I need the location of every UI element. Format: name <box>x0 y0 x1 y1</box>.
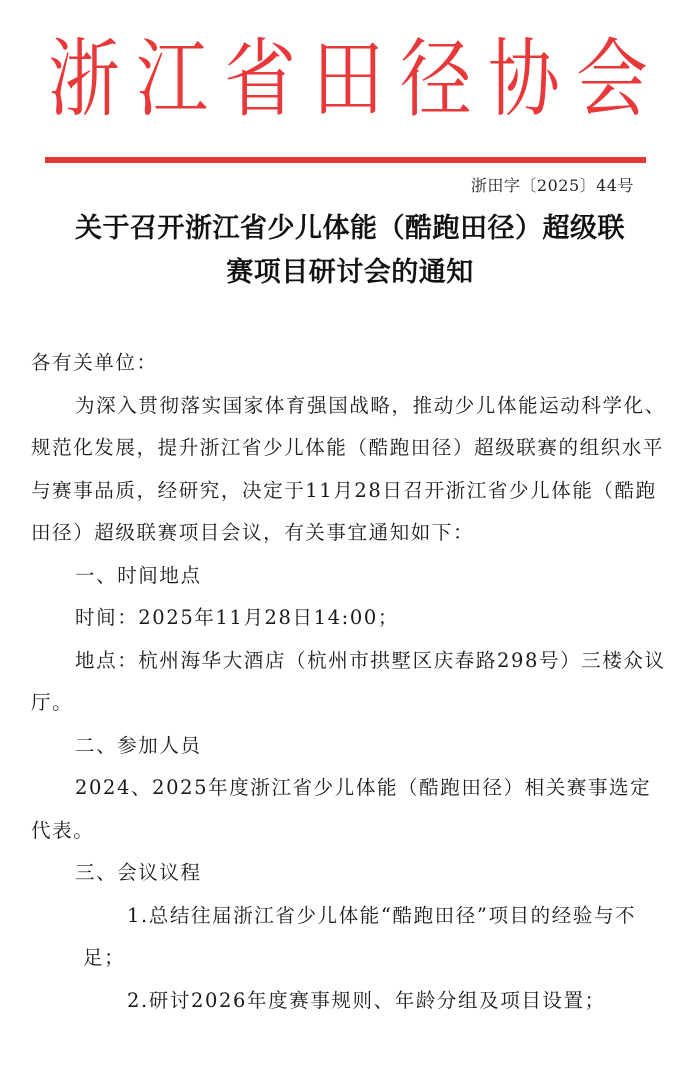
title-line-2: 赛项目研讨会的通知 <box>24 251 676 295</box>
location-line: 地点：杭州海华大酒店（杭州市拱墅区庆春路298号）三楼众议厅。 <box>31 640 671 725</box>
document-number: 浙田字〔2025〕44号 <box>471 175 634 197</box>
time-line: 时间：2025年11月28日14:00； <box>31 597 671 640</box>
section-heading-participants: 二、参加人员 <box>31 725 671 768</box>
masthead-char: 浙 <box>48 26 120 132</box>
section-heading-time-location: 一、时间地点 <box>31 555 671 598</box>
masthead-char: 径 <box>400 26 472 132</box>
title-line-1: 关于召开浙江省少儿体能（酷跑田径）超级联 <box>24 207 676 251</box>
intro-paragraph: 为深入贯彻落实国家体育强国战略，推动少儿体能运动科学化、规范化发展，提升浙江省少… <box>31 385 671 555</box>
masthead-char: 协 <box>488 26 560 132</box>
masthead-char: 田 <box>312 26 384 132</box>
agenda-item-2: 2.研讨2026年度赛事规则、年龄分组及项目设置； <box>31 980 671 1023</box>
salutation: 各有关单位： <box>31 342 671 385</box>
document-body: 各有关单位： 为深入贯彻落实国家体育强国战略，推动少儿体能运动科学化、规范化发展… <box>31 342 671 1022</box>
masthead-char: 江 <box>136 26 208 132</box>
masthead-char: 省 <box>224 26 296 132</box>
section-heading-agenda: 三、会议议程 <box>31 852 671 895</box>
masthead-char: 会 <box>576 26 648 132</box>
masthead-organization-name: 浙 江 省 田 径 协 会 <box>48 34 648 124</box>
red-divider-line <box>45 157 646 163</box>
document-title: 关于召开浙江省少儿体能（酷跑田径）超级联 赛项目研讨会的通知 <box>24 207 676 295</box>
agenda-item-1: 1.总结往届浙江省少儿体能“酷跑田径”项目的经验与不足； <box>31 895 671 980</box>
participants-line: 2024、2025年度浙江省少儿体能（酷跑田径）相关赛事选定代表。 <box>31 767 671 852</box>
